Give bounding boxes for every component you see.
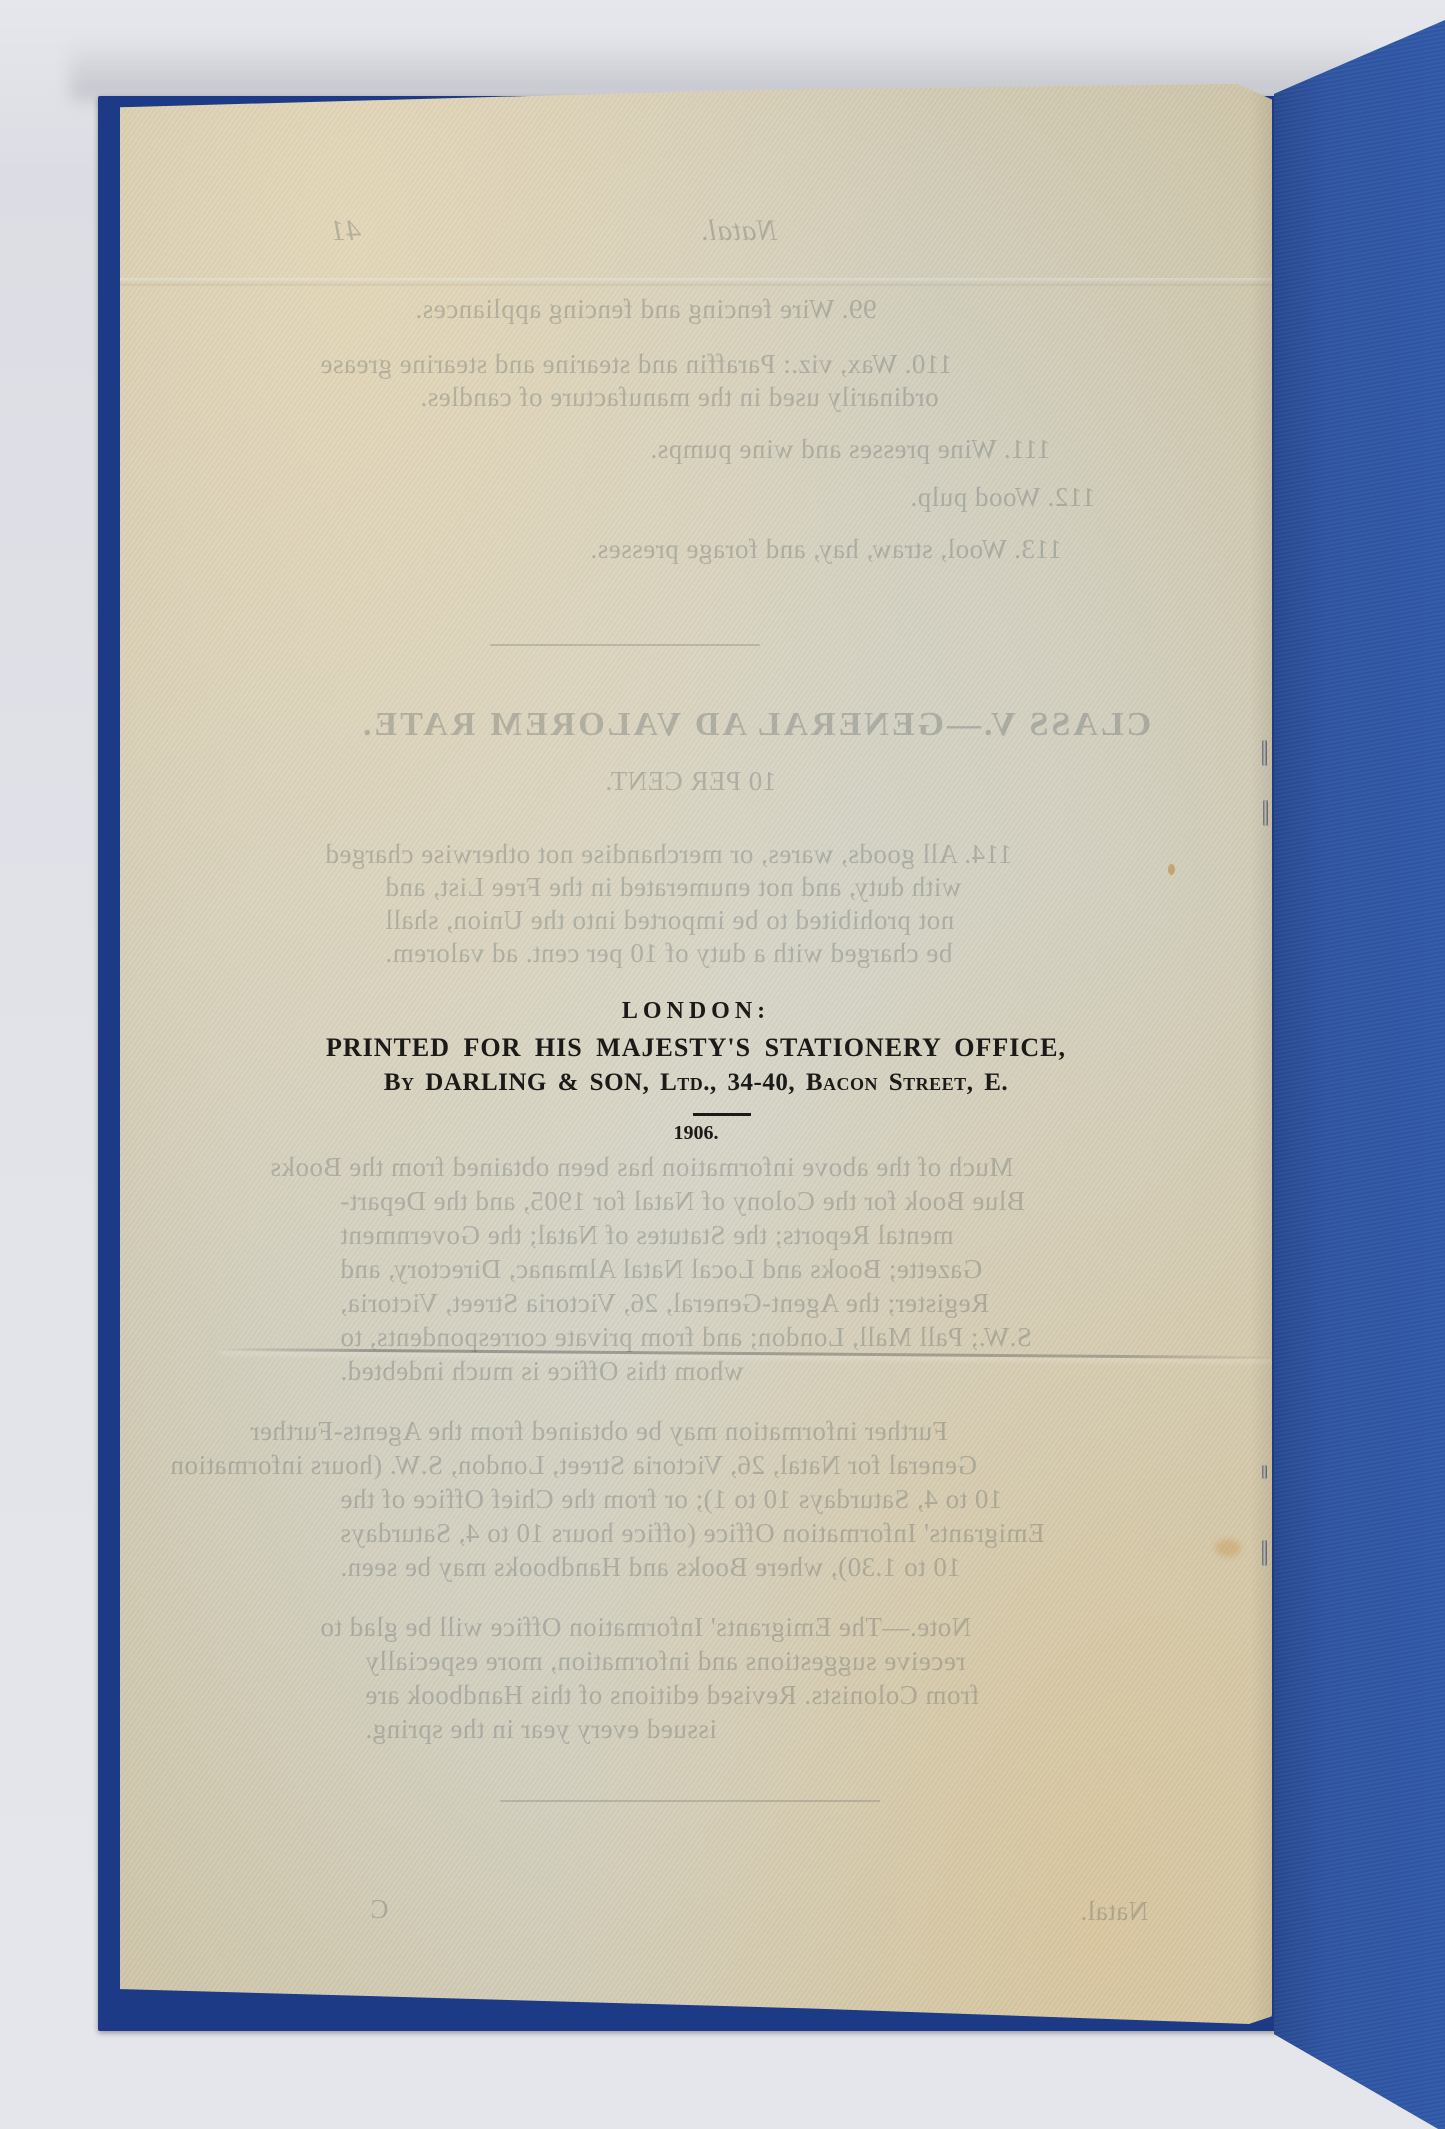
- show-through-line: ordinarily used in the manufacture of ca…: [420, 382, 939, 413]
- show-through-line: be charged with a duty of 10 per cent. a…: [385, 938, 952, 969]
- show-through-line: from Colonists. Revised editions of this…: [365, 1680, 979, 1711]
- show-through-line: Register; the Agent-General, 26, Victori…: [340, 1288, 989, 1319]
- page-edge: [1250, 84, 1272, 2024]
- staple-icon: [1263, 800, 1268, 826]
- show-through-line: mental Reports; the Statutes of Natal; t…: [340, 1220, 954, 1251]
- show-through-line: 10 to 1.30), where Books and Handbooks m…: [340, 1552, 961, 1583]
- show-through-line: 10 to 4, Saturdays 10 to 1); or from the…: [340, 1484, 1002, 1515]
- show-through-rule: [500, 1800, 880, 1802]
- show-through-line: 114. All goods, wares, or merchandise no…: [325, 839, 1012, 870]
- imprint-rule: [693, 1113, 751, 1116]
- front-cover-flap: [1274, 20, 1445, 2129]
- imprint-number: 34-40,: [728, 1069, 796, 1096]
- staple-icon: [1262, 1540, 1267, 1566]
- imprint-district: E.: [984, 1069, 1008, 1096]
- show-through-footer-right: Natal.: [1080, 1896, 1148, 1927]
- imprint-ltd: Ltd.,: [660, 1069, 717, 1096]
- show-through-line: General for Natal, 26, Victoria Street, …: [170, 1450, 977, 1481]
- show-through-line: whom this Office is much indebted.: [340, 1356, 743, 1387]
- imprint-publisher-line: By DARLING & SON, Ltd., 34-40, Bacon Str…: [120, 1069, 1272, 1097]
- show-through-line: Emigrants' Information Office (office ho…: [340, 1518, 1044, 1549]
- imprint-year: 1906.: [120, 1122, 1272, 1145]
- staple-icon: [1262, 1465, 1267, 1479]
- show-through-line: Much of the above information has been o…: [270, 1152, 1013, 1183]
- imprint-street: Bacon Street,: [806, 1069, 974, 1096]
- show-through-line: 113. Wool, straw, hay, and forage presse…: [590, 534, 1062, 565]
- show-through-line: 111. Wine presses and wine pumps.: [650, 434, 1051, 465]
- show-through-line: Blue Book for the Colony of Natal for 19…: [340, 1186, 1025, 1217]
- show-through-line: not prohibited to be imported into the U…: [385, 905, 954, 936]
- staple-icon: [1262, 740, 1267, 766]
- show-through-page-number: 41: [330, 214, 361, 248]
- foxing-spot: [1168, 864, 1175, 875]
- page-fold-top: [120, 278, 1272, 286]
- show-through-line: Note.—The Emigrants' Information Office …: [320, 1612, 971, 1643]
- imprint-firm: DARLING & SON,: [425, 1069, 649, 1096]
- show-through-line: S.W.; Pall Mall, London; and from privat…: [340, 1322, 1032, 1353]
- show-through-line: Gazette; Books and Local Natal Almanac, …: [340, 1254, 982, 1285]
- imprint-by: By: [384, 1069, 415, 1096]
- show-through-line: with duty, and not enumerated in the Fre…: [385, 872, 961, 903]
- show-through-class-heading: CLASS V.—GENERAL AD VALOREM RATE.: [360, 706, 1151, 744]
- foxing-stain: [1215, 1539, 1241, 1557]
- show-through-line: 112. Wood pulp.: [910, 482, 1095, 513]
- imprint-city: LONDON:: [120, 998, 1272, 1025]
- show-through-line: issued every year in the spring.: [365, 1714, 717, 1745]
- show-through-line: 110. Wax, viz.: Paraffin and stearine an…: [320, 349, 952, 380]
- imprint-printer-line: PRINTED FOR HIS MAJESTY'S STATIONERY OFF…: [120, 1033, 1272, 1063]
- book-page: Natal. 41 99. Wire fencing and fencing a…: [120, 84, 1272, 2024]
- show-through-rule: [490, 644, 760, 646]
- show-through-footer-left: C: [370, 1894, 389, 1925]
- show-through-line: receive suggestions and information, mor…: [365, 1646, 965, 1677]
- show-through-line: 99. Wire fencing and fencing appliances.: [415, 294, 877, 325]
- show-through-running-head: Natal.: [700, 214, 777, 248]
- show-through-line: Further information may be obtained from…: [250, 1416, 948, 1447]
- show-through-class-subheading: 10 PER CENT.: [605, 766, 776, 797]
